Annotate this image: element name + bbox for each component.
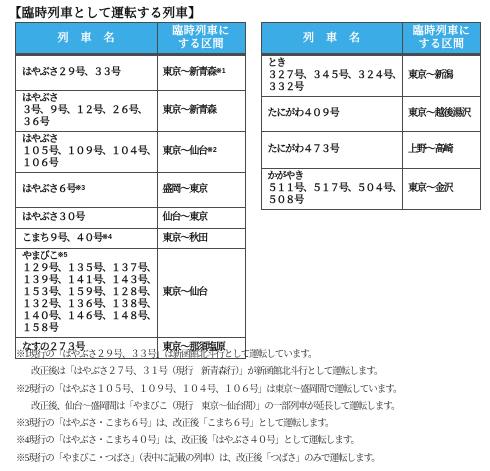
- cell-text: はやぶさ６号: [22, 184, 75, 195]
- train-name-cell: やまびこ※5１２９号、１３５号、１３７号、１３９号、１４１号、１４３号、１５３号…: [16, 249, 158, 338]
- tables-container: 列 車 名 臨時列車に する区間 はやぶさ２９号、３３号東京～新青森※1はやぶさ…: [15, 22, 481, 359]
- left-table-header: 列 車 名 臨時列車に する区間: [16, 23, 246, 55]
- section-cell: 上野～高崎: [403, 132, 481, 169]
- train-name-cell: はやぶさ２９号、３３号: [16, 55, 158, 91]
- cell-text: 東京～金沢: [408, 183, 453, 194]
- train-name-cell: はやぶさ３０号: [16, 208, 158, 229]
- table-row: たにがわ４０９号東京～越後湯沢: [261, 97, 481, 132]
- footnote-ref: ※2: [207, 147, 217, 154]
- column-header-section: 臨時列車に する区間: [157, 23, 245, 55]
- left-table-body: はやぶさ２９号、３３号東京～新青森※1はやぶさ３号、９号、１２号、２６号、３６号…: [16, 55, 246, 359]
- table-row: はやぶさ３号、９号、１２号、２６号、３６号東京～新青森: [16, 91, 246, 132]
- table-row: はやぶさ６号※3盛岡～東京: [16, 173, 246, 208]
- train-name-cell: こまち９号、４０号※4: [16, 229, 158, 249]
- footnote-line: ※2現行の「はやぶさ１０５号、１０９号、１０４号、１０６号」は東京～盛岡間で運転…: [16, 382, 402, 399]
- train-name-cell: かがやき５１１号、５１７号、５０４号、５０８号: [261, 169, 403, 210]
- train-name-cell: たにがわ４０９号: [261, 97, 403, 132]
- cell-text: １５３号、１５９号、１２８号、: [22, 287, 156, 298]
- section-cell: 東京～新潟: [403, 55, 481, 97]
- header-row: 列 車 名 臨時列車に する区間: [261, 23, 481, 55]
- section-cell: 東京～仙台: [157, 249, 245, 338]
- cell-text: はやぶさ３０号: [22, 212, 84, 223]
- cell-text: 東京～仙台: [163, 146, 208, 157]
- cell-text: 盛岡～東京: [163, 184, 208, 195]
- section-cell: 盛岡～東京: [157, 173, 245, 208]
- train-name-line: ５０８号: [268, 195, 402, 207]
- train-name-cell: はやぶさ１０５号、１０９号、１０４号、１０６号: [16, 132, 158, 173]
- cell-text: こまち９号、４０号: [22, 233, 102, 244]
- footnote-line: ※4現行の「はやぶさ・こまち４０号」は、改正後「はやぶさ４０号」として運転します…: [16, 433, 402, 450]
- train-name-line: はやぶさ６号※3: [22, 184, 156, 196]
- right-table-header: 列 車 名 臨時列車に する区間: [261, 23, 481, 55]
- section-cell: 東京～仙台※2: [157, 132, 245, 173]
- footnote-ref: ※1: [216, 68, 226, 75]
- train-name-line: １０５号、１０９号、１０４号、: [22, 146, 156, 158]
- cell-text: ５０８号: [268, 195, 304, 206]
- train-name-line: はやぶさ: [22, 134, 156, 146]
- train-name-line: ３号、９号、１２号、２６号、: [22, 105, 156, 117]
- train-name-line: とき: [268, 58, 402, 70]
- section-cell: 東京～新青森: [157, 91, 245, 132]
- cell-text: ３号、９号、１２号、２６号、: [22, 105, 147, 116]
- cell-text: １０６号: [22, 158, 58, 169]
- cell-text: 東京～越後湯沢: [408, 108, 470, 119]
- document-page: 【臨時列車として運転する列車】 列 車 名 臨時列車に する区間 はやぶさ２９号…: [0, 0, 490, 471]
- section-cell: 東京～金沢: [403, 169, 481, 210]
- train-name-line: １４０号、１４６号、１４８号、: [22, 311, 156, 323]
- section-cell: 東京～新青森※1: [157, 55, 245, 91]
- cell-text: はやぶさ: [22, 93, 58, 104]
- train-name-cell: はやぶさ６号※3: [16, 173, 158, 208]
- column-header-section-line2: する区間: [403, 38, 480, 51]
- cell-text: １３９号、１４１号、１４３号、: [22, 275, 156, 286]
- table-row: はやぶさ３０号仙台～東京: [16, 208, 246, 229]
- train-name-line: ５１１号、５１７号、５０４号、: [268, 183, 402, 195]
- cell-text: かがやき: [268, 171, 304, 182]
- cell-text: ３６号: [22, 117, 49, 128]
- cell-text: 東京～新潟: [408, 70, 453, 81]
- cell-text: 東京～秋田: [163, 233, 208, 244]
- table-row: こまち９号、４０号※4東京～秋田: [16, 229, 246, 249]
- train-name-cell: たにがわ４７３号: [261, 132, 403, 169]
- footnotes: ※1現行の「はやぶさ２９号、３３号」は新函館北斗行として運転しています。改正後は…: [16, 347, 402, 468]
- column-header-section-line2: する区間: [158, 38, 245, 51]
- cell-text: はやぶさ２９号、３３号: [22, 67, 120, 78]
- train-name-line: １３２号、１３６号、１３８号、: [22, 299, 156, 311]
- table-row: はやぶさ２９号、３３号東京～新青森※1: [16, 55, 246, 91]
- train-name-line: かがやき: [268, 171, 402, 183]
- footnote-line: ※1現行の「はやぶさ２９号、３３号」は新函館北斗行として運転しています。: [16, 347, 402, 364]
- train-name-cell: はやぶさ３号、９号、１２号、２６号、３６号: [16, 91, 158, 132]
- section-cell: 仙台～東京: [157, 208, 245, 229]
- train-name-line: ３３２号: [268, 82, 402, 94]
- cell-text: １０５号、１０９号、１０４号、: [22, 146, 156, 157]
- cell-text: 東京～新青森: [163, 105, 216, 116]
- table-row: たにがわ４７３号上野～高崎: [261, 132, 481, 169]
- train-name-line: こまち９号、４０号※4: [22, 233, 156, 245]
- cell-text: ３３２号: [268, 82, 304, 93]
- column-header-section: 臨時列車に する区間: [403, 23, 481, 55]
- train-name-line: １２９号、１３５号、１３７号、: [22, 263, 156, 275]
- footnote-ref: ※4: [102, 234, 112, 241]
- column-header-train-name: 列 車 名: [16, 23, 158, 55]
- cell-text: １２９号、１３５号、１３７号、: [22, 263, 156, 274]
- cell-text: たにがわ４０９号: [268, 108, 339, 119]
- footnote-line: 改正後は「はやぶさ２７号、３１号（現行 新青森行）」が新函館北斗行として運転しま…: [16, 364, 402, 381]
- temporary-trains-table-right: 列 車 名 臨時列車に する区間 とき３２７号、３４５号、３２４号、３３２号東京…: [261, 22, 482, 210]
- train-name-line: ３２７号、３４５号、３２４号、: [268, 70, 402, 82]
- train-name-line: やまびこ※5: [22, 251, 156, 263]
- temporary-trains-table-left: 列 車 名 臨時列車に する区間 はやぶさ２９号、３３号東京～新青森※1はやぶさ…: [15, 22, 246, 359]
- cell-text: はやぶさ: [22, 134, 58, 145]
- cell-text: １３２号、１３６号、１３８号、: [22, 299, 156, 310]
- table-row: かがやき５１１号、５１７号、５０４号、５０８号東京～金沢: [261, 169, 481, 210]
- footnote-line: ※5現行の「やまびこ・つばさ」（表中に記載の列車）は、改正後「つばさ」のみで運転…: [16, 451, 402, 468]
- footnote-line: 改正後、仙台～盛岡間は「やまびこ（現行 東京～仙台間）」の一部列車が延長して運転…: [16, 399, 402, 416]
- cell-text: ３２７号、３４５号、３２４号、: [268, 70, 402, 81]
- column-header-section-line1: 臨時列車に: [403, 25, 480, 38]
- cell-text: １４０号、１４６号、１４８号、: [22, 311, 156, 322]
- cell-text: ５１１号、５１７号、５０４号、: [268, 183, 402, 194]
- train-name-cell: とき３２７号、３４５号、３２４号、３３２号: [261, 55, 403, 97]
- train-name-line: はやぶさ３０号: [22, 212, 156, 224]
- column-header-train-name: 列 車 名: [261, 23, 403, 55]
- train-name-line: １５８号: [22, 323, 156, 335]
- train-name-line: たにがわ４０９号: [268, 108, 402, 120]
- right-table-body: とき３２７号、３４５号、３２４号、３３２号東京～新潟たにがわ４０９号東京～越後湯…: [261, 55, 481, 210]
- cell-text: やまびこ: [22, 251, 58, 262]
- train-name-line: １０６号: [22, 158, 156, 170]
- train-name-line: はやぶさ２９号、３３号: [22, 67, 156, 79]
- train-name-line: １５３号、１５９号、１２８号、: [22, 287, 156, 299]
- header-row: 列 車 名 臨時列車に する区間: [16, 23, 246, 55]
- table-row: やまびこ※5１２９号、１３５号、１３７号、１３９号、１４１号、１４３号、１５３号…: [16, 249, 246, 338]
- cell-text: たにがわ４７３号: [268, 144, 339, 155]
- table-row: とき３２７号、３４５号、３２４号、３３２号東京～新潟: [261, 55, 481, 97]
- train-name-line: １３９号、１４１号、１４３号、: [22, 275, 156, 287]
- table-row: はやぶさ１０５号、１０９号、１０４号、１０６号東京～仙台※2: [16, 132, 246, 173]
- train-name-line: たにがわ４７３号: [268, 144, 402, 156]
- column-header-section-line1: 臨時列車に: [158, 25, 245, 38]
- cell-text: 東京～新青森: [163, 67, 216, 78]
- page-title: 【臨時列車として運転する列車】: [9, 3, 201, 21]
- section-cell: 東京～秋田: [157, 229, 245, 249]
- cell-text: 仙台～東京: [163, 212, 208, 223]
- footnote-ref: ※3: [75, 185, 85, 192]
- section-cell: 東京～越後湯沢: [403, 97, 481, 132]
- cell-text: １５８号: [22, 323, 58, 334]
- cell-text: とき: [268, 58, 286, 69]
- footnote-ref: ※5: [58, 252, 68, 259]
- train-name-line: はやぶさ: [22, 93, 156, 105]
- footnote-line: ※3現行の「はやぶさ・こまち６号」は、改正後「こまち６号」として運転します。: [16, 416, 402, 433]
- train-name-line: ３６号: [22, 117, 156, 129]
- cell-text: 上野～高崎: [408, 144, 453, 155]
- cell-text: 東京～仙台: [163, 287, 208, 298]
